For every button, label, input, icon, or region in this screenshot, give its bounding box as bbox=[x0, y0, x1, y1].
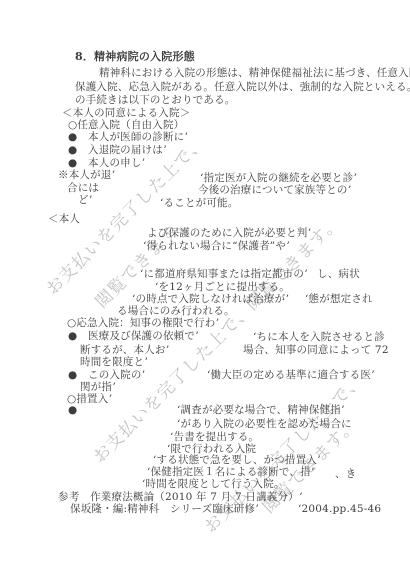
text-line: ● 医療及び保護の依頼でʼ bbox=[68, 330, 199, 342]
text-line: ● 本人の申しʼ bbox=[68, 157, 145, 169]
text-line: 参考 作業療法概論（2010 年 7 月 7 日講義分）ʼ bbox=[58, 491, 302, 503]
text-line: 場合、知事の同意によって 72 bbox=[243, 344, 389, 356]
text-line: ʻることが可能。 bbox=[160, 197, 238, 209]
text-line: 保護入院、応急入院がある。任意入院以外は、強制的な入院といえる。入院の形態とそ bbox=[75, 81, 410, 93]
text-line: ʻを12ヶ月ごとに提出する。 bbox=[155, 281, 290, 293]
text-line: 保坂隆・編:精神科 シリーズ臨床研修ʼ bbox=[70, 503, 259, 515]
page-title: 8．精神病院の入院形態 bbox=[75, 51, 195, 63]
text-line: し、病状 bbox=[317, 268, 360, 280]
text-line: ʻ態が想定され bbox=[305, 293, 373, 305]
text-line: 合には bbox=[67, 182, 99, 194]
text-line: ● この入院のʼ bbox=[68, 369, 145, 381]
text-line: ○応急入院：知事の権限で行わʼ bbox=[67, 317, 219, 329]
text-line: ● 本人が医師の診断にʼ bbox=[68, 131, 188, 143]
text-line: ʻに都道府県知事または指定都市のʼ bbox=[140, 268, 308, 280]
text-line: どʼ bbox=[78, 194, 92, 206]
text-line: ʻする状態で急を要し、かつ措置入ʼ bbox=[153, 454, 321, 466]
text-line: ＜本人の同意による入院＞ bbox=[62, 107, 190, 119]
text-line: ʻ2004.pp.45-46 bbox=[298, 503, 381, 515]
text-line: よび保護のために入院が必要と判ʼ bbox=[147, 227, 311, 239]
text-line: ʻちに本人を入院させると診 bbox=[253, 331, 385, 343]
text-line: 精神科における入院の形態は、精神保健福祉法に基づき、任意入院、措置入院、医療 bbox=[99, 67, 410, 79]
text-line: の手続きは以下のとおりである。 bbox=[75, 94, 236, 106]
text-line: 断するが、本人おʼ bbox=[80, 344, 169, 356]
text-line: ʻ時間を限度として行う入院。 bbox=[142, 478, 285, 490]
text-line: ʻ得られない場合に“保護者”やʼ bbox=[143, 240, 290, 252]
text-line: ʻ調査が必要な場合で、精神保健指ʼ bbox=[177, 404, 344, 416]
text-line: ʻ指定医が入院の継続を必要と診ʼ bbox=[200, 172, 357, 184]
text-line: 関が指ʼ bbox=[80, 381, 116, 393]
text-line: ＜本人 bbox=[48, 213, 80, 225]
text-line: 時間を限度とʼ bbox=[80, 356, 148, 368]
text-line: 今後の治療について家族等とのʼ bbox=[198, 184, 351, 196]
text-line: る場合にのみ行われる。 bbox=[117, 305, 235, 317]
text-line: ● 入退院の届けはʼ bbox=[68, 144, 167, 156]
text-line: ʻ保健指定医１名による診断で、措ʼ bbox=[147, 466, 314, 478]
document-page: お支払いを完了した上で、閲覧できます。お支払いを完了した上で、閲覧できます。お支… bbox=[0, 0, 410, 580]
text-line: ʻ働大臣の定める基準に適合する医ʼ bbox=[207, 369, 375, 381]
text-line: ʻがあり入院の必要性を認めた場合に bbox=[177, 418, 352, 430]
text-line: ※本人が退ʼ bbox=[58, 169, 115, 181]
text-line: ʻ告書を提出する。 bbox=[170, 431, 259, 443]
text-line: ○任意入院（自由入院） bbox=[68, 119, 184, 131]
text-line: 、き bbox=[335, 468, 356, 480]
text-line: ● bbox=[68, 404, 77, 416]
text-line: ʻの時点で入院しなければ治療がʼ bbox=[132, 293, 289, 305]
